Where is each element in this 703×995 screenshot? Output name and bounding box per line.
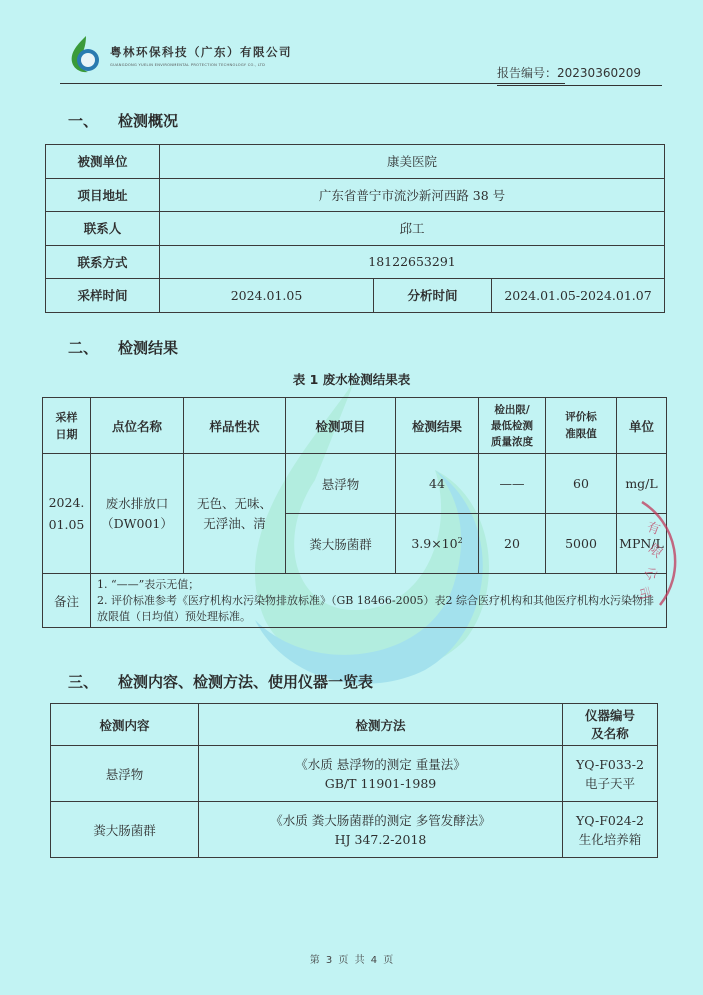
item-standard: 60 [546, 454, 617, 514]
method-cell: 《水质 粪大肠菌群的测定 多管发酵法》HJ 347.2-2018 [199, 802, 563, 858]
col-standard: 评价标准限值 [546, 398, 617, 454]
table-row: 悬浮物 《水质 悬浮物的测定 重量法》GB/T 11901-1989 YQ-F0… [51, 746, 658, 802]
notes-label: 备注 [43, 574, 91, 628]
note-2: 2. 评价标准参考《医疗机构水污染物排放标准》（GB 18466-2005）表2… [97, 593, 660, 625]
header-row: 检测内容 检测方法 仪器编号及名称 [51, 704, 658, 746]
address-label: 项目地址 [46, 178, 160, 212]
header-divider [60, 83, 565, 84]
col-date: 采样日期 [43, 398, 91, 454]
methods-instruments-table: 检测内容 检测方法 仪器编号及名称 悬浮物 《水质 悬浮物的测定 重量法》GB/… [50, 703, 658, 858]
analysis-time-label: 分析时间 [374, 279, 492, 313]
col-content: 检测内容 [51, 704, 199, 746]
col-method: 检测方法 [199, 704, 563, 746]
col-sample: 样品性状 [184, 398, 286, 454]
table-row: 联系人 邱工 [46, 212, 665, 246]
col-point: 点位名称 [91, 398, 184, 454]
col-limit: 检出限/最低检测质量浓度 [479, 398, 546, 454]
item-result: 3.9×102 [396, 514, 479, 574]
wastewater-results-table: 采样日期 点位名称 样品性状 检测项目 检测结果 检出限/最低检测质量浓度 评价… [42, 397, 667, 628]
col-item: 检测项目 [286, 398, 396, 454]
report-number: 报告编号：20230360209 [497, 64, 662, 86]
company-logo-icon [68, 34, 104, 74]
phone-label: 联系方式 [46, 245, 160, 279]
section-1-title: 一、检测概况 [68, 110, 178, 131]
col-result: 检测结果 [396, 398, 479, 454]
item-result: 44 [396, 454, 479, 514]
instrument-cell: YQ-F033-2电子天平 [563, 746, 658, 802]
report-number-value: 20230360209 [557, 66, 641, 80]
phone-value: 18122653291 [160, 245, 665, 279]
address-value: 广东省普宁市流沙新河西路 38 号 [160, 178, 665, 212]
contact-value: 邱工 [160, 212, 665, 246]
col-unit: 单位 [617, 398, 667, 454]
instrument-cell: YQ-F024-2生化培养箱 [563, 802, 658, 858]
overview-table: 被测单位 康美医院 项目地址 广东省普宁市流沙新河西路 38 号 联系人 邱工 … [45, 144, 665, 313]
item-name: 悬浮物 [286, 454, 396, 514]
header-row: 采样日期 点位名称 样品性状 检测项目 检测结果 检出限/最低检测质量浓度 评价… [43, 398, 667, 454]
sample-description: 无色、无味、无浮油、清 [184, 454, 286, 574]
sample-date: 2024.01.05 [43, 454, 91, 574]
notes-content: 1. “——”表示无值； 2. 评价标准参考《医疗机构水污染物排放标准》（GB … [91, 574, 667, 628]
sampling-time-label: 采样时间 [46, 279, 160, 313]
notes-row: 备注 1. “——”表示无值； 2. 评价标准参考《医疗机构水污染物排放标准》（… [43, 574, 667, 628]
page-number: 第 3 页 共 4 页 [0, 951, 703, 966]
unit-label: 被测单位 [46, 145, 160, 179]
contact-label: 联系人 [46, 212, 160, 246]
method-cell: 《水质 悬浮物的测定 重量法》GB/T 11901-1989 [199, 746, 563, 802]
item-name: 粪大肠菌群 [286, 514, 396, 574]
analysis-time-value: 2024.01.05-2024.01.07 [492, 279, 665, 313]
table-row: 采样时间 2024.01.05 分析时间 2024.01.05-2024.01.… [46, 279, 665, 313]
item-unit: MPN/L [617, 514, 667, 574]
company-name-en: GUANGDONG YUELIN ENVIRONMENTAL PROTECTIO… [110, 63, 265, 67]
item-limit: 20 [479, 514, 546, 574]
table-row: 粪大肠菌群 《水质 粪大肠菌群的测定 多管发酵法》HJ 347.2-2018 Y… [51, 802, 658, 858]
item-standard: 5000 [546, 514, 617, 574]
table-row: 被测单位 康美医院 [46, 145, 665, 179]
note-1: 1. “——”表示无值； [97, 577, 660, 593]
sample-point: 废水排放口（DW001） [91, 454, 184, 574]
section-3-title: 三、检测内容、检测方法、使用仪器一览表 [68, 671, 373, 692]
item-unit: mg/L [617, 454, 667, 514]
table-row: 项目地址 广东省普宁市流沙新河西路 38 号 [46, 178, 665, 212]
table-row: 2024.01.05 废水排放口（DW001） 无色、无味、无浮油、清 悬浮物 … [43, 454, 667, 514]
unit-value: 康美医院 [160, 145, 665, 179]
section-2-title: 二、检测结果 [68, 337, 178, 358]
content-cell: 悬浮物 [51, 746, 199, 802]
company-name-cn: 粤林环保科技（广东）有限公司 [110, 44, 292, 60]
table-row: 联系方式 18122653291 [46, 245, 665, 279]
item-limit: —— [479, 454, 546, 514]
table-1-caption: 表 1 废水检测结果表 [0, 370, 703, 388]
sampling-time-value: 2024.01.05 [160, 279, 374, 313]
col-instrument: 仪器编号及名称 [563, 704, 658, 746]
content-cell: 粪大肠菌群 [51, 802, 199, 858]
report-number-label: 报告编号： [497, 66, 557, 80]
